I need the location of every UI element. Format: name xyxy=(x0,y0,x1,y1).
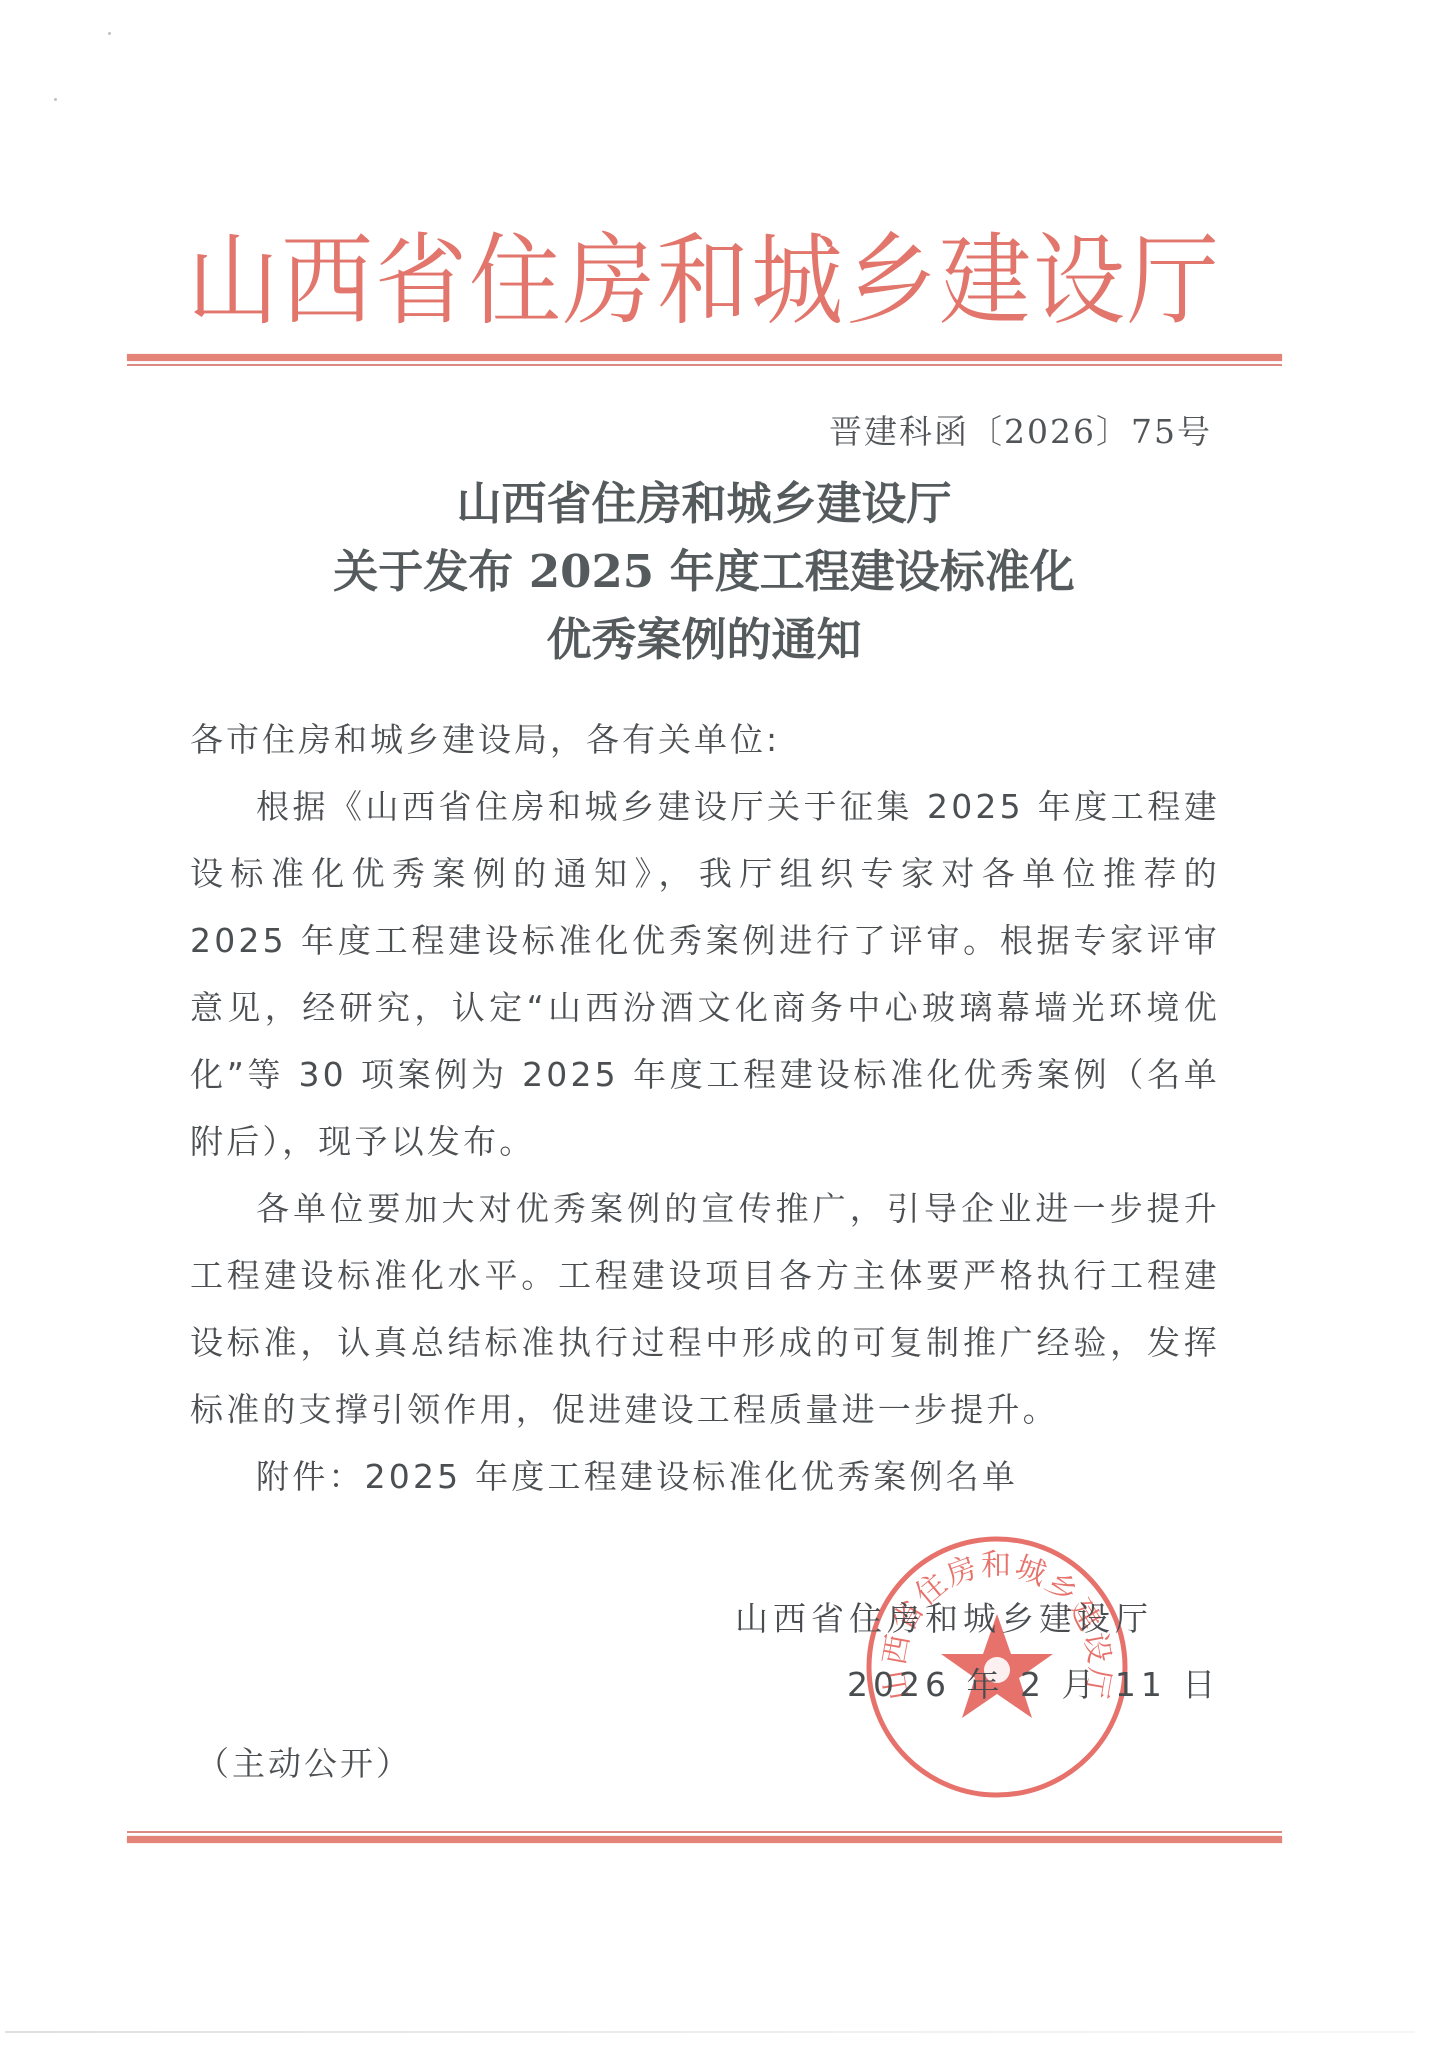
letterhead-organization: 山西省住房和城乡建设厅 xyxy=(0,222,1448,341)
scan-speck xyxy=(54,98,57,101)
document-body: 各市住房和城乡建设局，各有关单位: 根据《山西省住房和城乡建设厅关于征集 202… xyxy=(190,706,1220,1510)
rule-thick-line xyxy=(127,354,1282,361)
rule-thin-line xyxy=(127,364,1282,366)
title-line-2: 关于发布 2025 年度工程建设标准化 xyxy=(0,538,1448,606)
attachment-note: 附件：2025 年度工程建设标准化优秀案例名单 xyxy=(190,1443,1220,1510)
issuer-name: 山西省住房和城乡建设厅 xyxy=(735,1586,1153,1652)
title-line-1: 山西省住房和城乡建设厅 xyxy=(0,470,1448,538)
signature-block: 山西省住房和城乡建设厅 2026 年 2 月 11 日 xyxy=(735,1586,1153,1652)
paragraph-1: 根据《山西省住房和城乡建设厅关于征集 2025 年度工程建设标准化优秀案例的通知… xyxy=(190,773,1220,1175)
scan-edge-line xyxy=(5,2031,1415,2033)
disclosure-label: （主动公开） xyxy=(196,1736,412,1792)
salutation: 各市住房和城乡建设局，各有关单位: xyxy=(190,706,1220,773)
scan-speck xyxy=(108,32,111,35)
title-line-3: 优秀案例的通知 xyxy=(0,606,1448,674)
letterhead-rule xyxy=(127,354,1282,366)
footer-rule xyxy=(127,1831,1282,1843)
document-page: 山西省住房和城乡建设厅 晋建科函〔2026〕75号 山西省住房和城乡建设厅 关于… xyxy=(0,0,1448,2049)
rule-thick-line xyxy=(127,1836,1282,1843)
document-number: 晋建科函〔2026〕75号 xyxy=(829,404,1212,460)
letterhead-text: 山西省住房和城乡建设厅 xyxy=(187,222,1221,341)
issue-date: 2026 年 2 月 11 日 xyxy=(847,1652,1220,1718)
paragraph-2: 各单位要加大对优秀案例的宣传推广，引导企业进一步提升工程建设标准化水平。工程建设… xyxy=(190,1175,1220,1443)
document-title: 山西省住房和城乡建设厅 关于发布 2025 年度工程建设标准化 优秀案例的通知 xyxy=(0,470,1448,674)
